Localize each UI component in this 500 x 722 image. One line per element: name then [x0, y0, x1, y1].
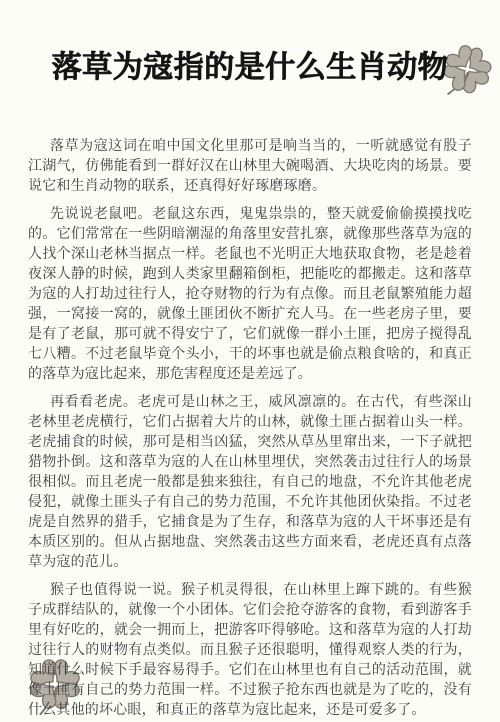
article-page: 落草为寇指的是什么生肖动物 落草为寇这词在咱中国文化里那可是响当当的，一听就感觉…: [0, 0, 500, 722]
paragraph-monkey: 猴子也值得说一说。猴子机灵得很，在山林里上蹿下跳的。有些猴子成群结队的，就像一个…: [28, 580, 472, 720]
paragraph-intro: 落草为寇这词在咱中国文化里那可是响当当的，一听就感觉有股子江湖气，仿佛能看到一群…: [28, 136, 472, 196]
header: 落草为寇指的是什么生肖动物: [0, 19, 500, 92]
paragraph-rat: 先说说老鼠吧。老鼠这东西，鬼鬼祟祟的，整天就爱偷偷摸摸找吃的。它们常常在一些阴暗…: [28, 204, 472, 384]
article-body: 落草为寇这词在咱中国文化里那可是响当当的，一听就感觉有股子江湖气，仿佛能看到一群…: [0, 136, 500, 720]
paragraph-tiger: 再看看老虎。老虎可是山林之王，威风凛凛的。在古代，有些深山老林里老虎横行，它们占…: [28, 392, 472, 572]
page-title: 落草为寇指的是什么生肖动物: [52, 44, 449, 92]
